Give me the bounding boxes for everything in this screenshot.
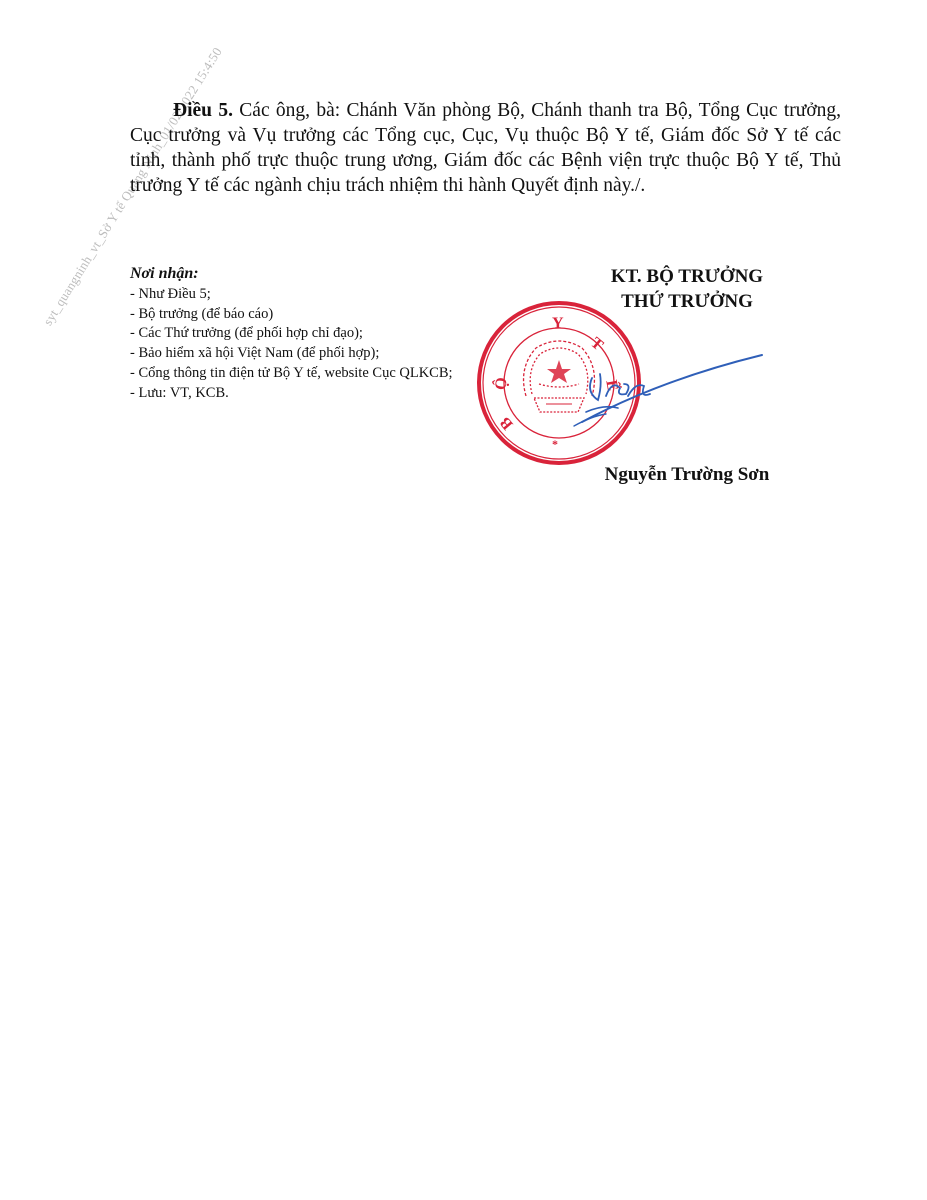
signer-title-line1: KT. BỘ TRƯỞNG [565, 264, 809, 289]
signer-name: Nguyễn Trường Sơn [565, 462, 809, 487]
article-5: Điều 5. Các ông, bà: Chánh Văn phòng Bộ,… [130, 98, 841, 198]
article-body: Các ông, bà: Chánh Văn phòng Bộ, Chánh t… [130, 100, 841, 196]
document-page: syt_quangninh_vt_Sở Y tế Quảng Ninh_01/0… [0, 0, 927, 1200]
signature-icon [540, 330, 780, 440]
recipients-heading: Nơi nhận: [130, 264, 550, 284]
article-number: Điều 5. [173, 100, 233, 121]
svg-text:Ộ: Ộ [491, 376, 511, 391]
